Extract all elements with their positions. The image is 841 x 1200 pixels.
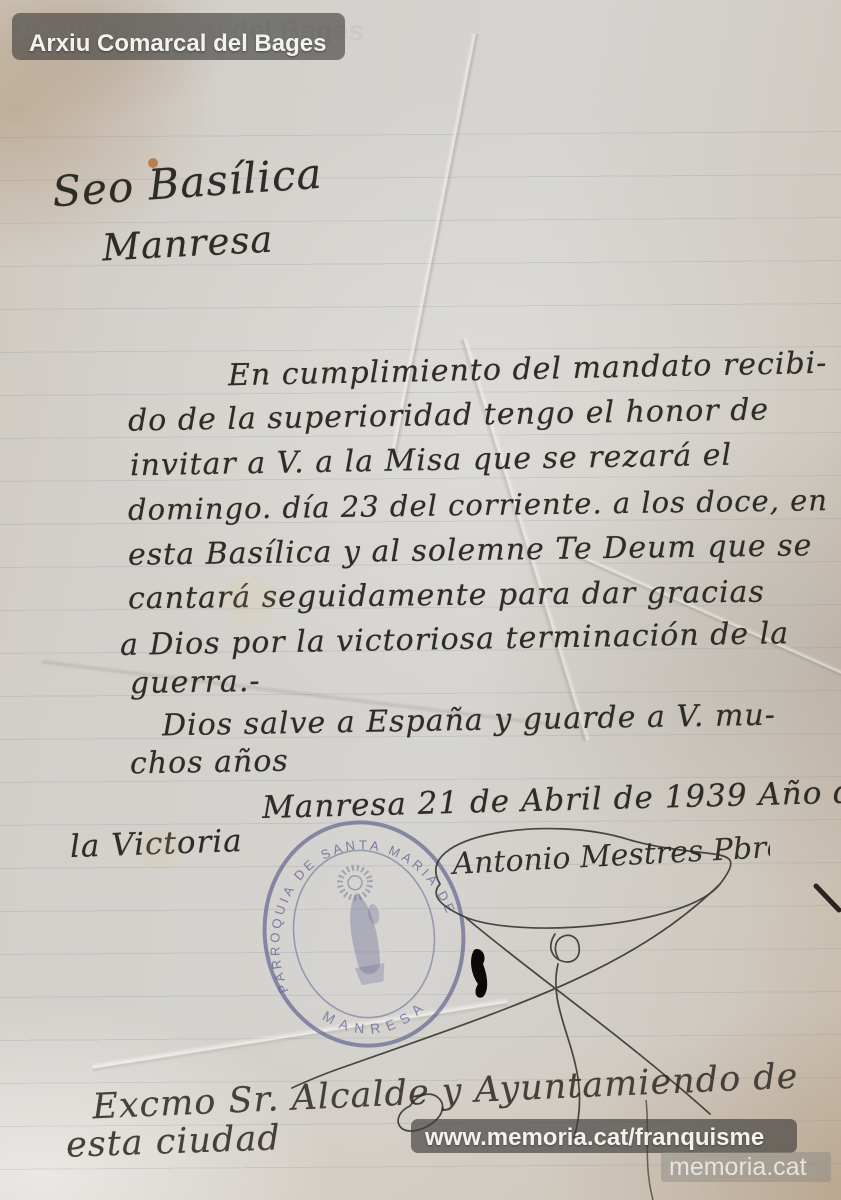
archive-watermark: Arxiu Comarcal del Bages [12,13,345,60]
document-photo: Seo Basílica Manresa En cumplimiento del… [0,0,841,1200]
addressee-line: esta ciudad [65,1118,281,1165]
site-url-label: www.memoria.cat/franquisme [425,1124,764,1152]
letterhead-line: Manresa [101,218,274,270]
site-brand-label: memoria.cat [669,1153,807,1182]
site-brand-watermark: memoria.cat [661,1152,831,1182]
site-url-watermark: www.memoria.cat/franquisme [411,1119,797,1153]
body-line: chos años [130,744,289,782]
body-line: guerra.- [130,664,261,701]
signature-block: Antonio Mestres Pbro [290,822,770,1142]
dateline-continuation: la Victoria [69,823,243,865]
archive-watermark-label: Arxiu Comarcal del Bages [29,30,326,58]
body-line: cantará seguidamente para dar gracias [128,575,765,617]
